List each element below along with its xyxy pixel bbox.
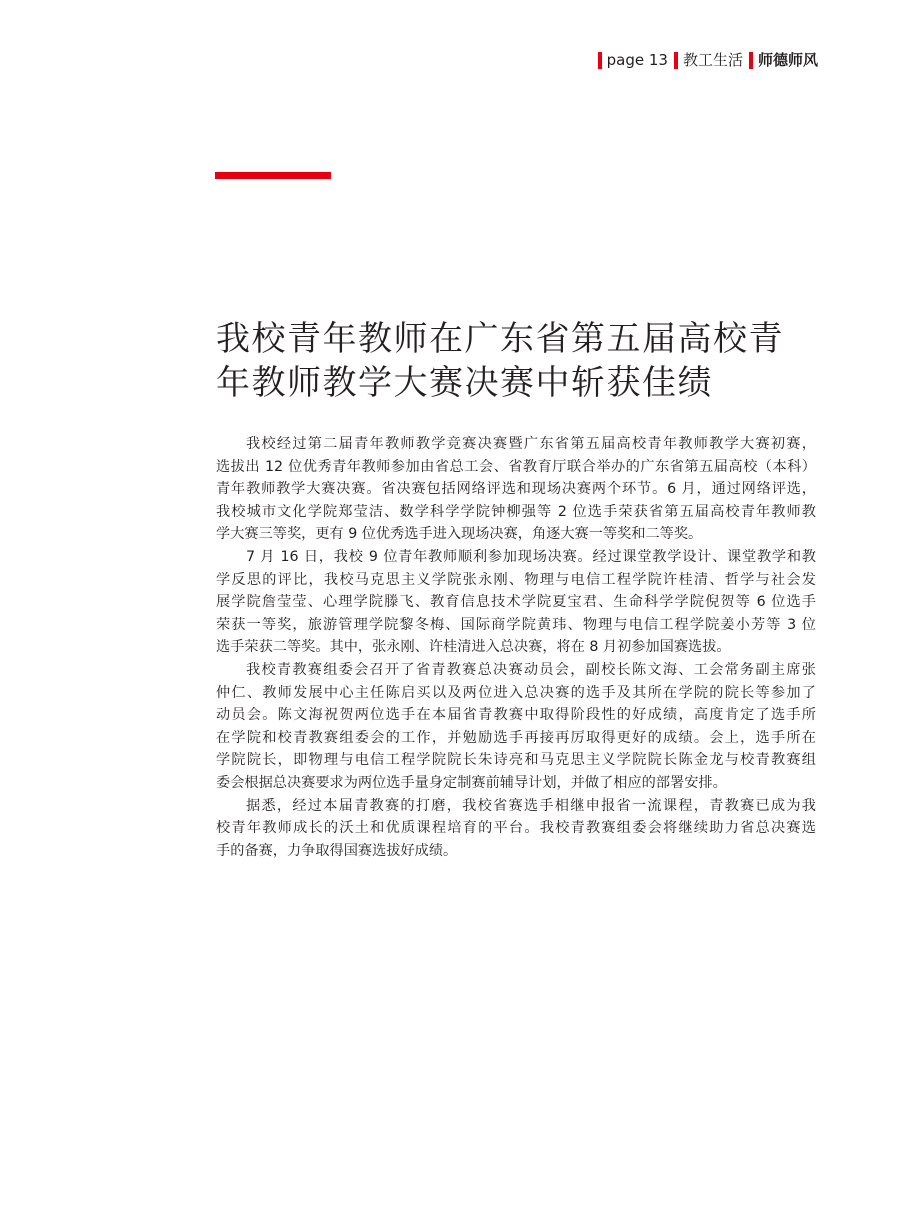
text-line: 学大赛三等奖，更有 9 位优秀选手进入现场决赛，角逐大赛一等奖和二等奖。 [216,523,816,546]
title-line: 我校青年教师在广东省第五届高校青 [216,317,826,361]
text-line: 仲仁、教师发展中心主任陈启买以及两位进入总决赛的选手及其所在学院的院长等参加了 [216,682,816,705]
text-line: 校青年教师成长的沃土和优质课程培育的平台。我校青教赛组委会将继续助力省总决赛选 [216,817,816,840]
text-line: 学院院长，即物理与电信工程学院院长朱诗亮和马克思主义学院院长陈金龙与校青教赛组 [216,749,816,772]
text-line: 选手荣获二等奖。其中，张永刚、许桂清进入总决赛，将在 8 月初参加国赛选拔。 [216,636,816,659]
title-line: 年教师教学大赛决赛中斩获佳绩 [216,361,826,405]
text-line: 在学院和校青教赛组委会的工作，并勉励选手再接再厉取得更好的成绩。会上，选手所在 [216,727,816,750]
running-header: page 13 教工生活 师德师风 [592,49,818,71]
header-accent-bar [674,52,678,69]
text-line: 选拔出 12 位优秀青年教师参加由省总工会、省教育厅联合举办的广东省第五届高校（… [216,456,816,479]
text-line: 手的备赛，力争取得国赛选拔好成绩。 [216,840,816,863]
paragraph: 7 月 16 日，我校 9 位青年教师顺利参加现场决赛。经过课堂教学设计、课堂教… [216,546,816,659]
text-line: 我校城市文化学院郑莹洁、数学科学学院钟柳强等 2 位选手荣获省第五届高校青年教师… [216,501,816,524]
header-accent-bar [749,52,753,69]
text-line: 我校青教赛组委会召开了省青教赛总决赛动员会，副校长陈文海、工会常务副主席张 [216,659,816,682]
text-line: 荣获一等奖，旅游管理学院黎冬梅、国际商学院黄玮、物理与电信工程学院姜小芳等 3 … [216,614,816,637]
text-line: 据悉，经过本届青教赛的打磨，我校省赛选手相继申报省一流课程，青教赛已成为我 [216,795,816,818]
text-line: 我校经过第二届青年教师教学竞赛决赛暨广东省第五届高校青年教师教学大赛初赛， [216,433,816,456]
text-line: 青年教师教学大赛决赛。省决赛包括网络评选和现场决赛两个环节。6 月，通过网络评选… [216,478,816,501]
accent-rule [215,172,331,179]
text-line: 委会根据总决赛要求为两位选手量身定制赛前辅导计划，并做了相应的部署安排。 [216,772,816,795]
column-name: 师德师风 [758,49,818,71]
page-number: page 13 [607,49,668,71]
text-line: 学反思的评比，我校马克思主义学院张永刚、物理与电信工程学院许桂清、哲学与社会发 [216,569,816,592]
article-body: 我校经过第二届青年教师教学竞赛决赛暨广东省第五届高校青年教师教学大赛初赛， 选拔… [216,433,816,862]
paragraph: 据悉，经过本届青教赛的打磨，我校省赛选手相继申报省一流课程，青教赛已成为我 校青… [216,795,816,863]
paragraph: 我校青教赛组委会召开了省青教赛总决赛动员会，副校长陈文海、工会常务副主席张 仲仁… [216,659,816,795]
paragraph: 我校经过第二届青年教师教学竞赛决赛暨广东省第五届高校青年教师教学大赛初赛， 选拔… [216,433,816,546]
text-line: 动员会。陈文海祝贺两位选手在本届省青教赛中取得阶段性的好成绩，高度肯定了选手所 [216,704,816,727]
text-line: 展学院詹莹莹、心理学院滕飞、教育信息技术学院夏宝君、生命科学学院倪贺等 6 位选… [216,591,816,614]
text-line: 7 月 16 日，我校 9 位青年教师顺利参加现场决赛。经过课堂教学设计、课堂教… [216,546,816,569]
section-name: 教工生活 [683,49,743,71]
article-title: 我校青年教师在广东省第五届高校青 年教师教学大赛决赛中斩获佳绩 [216,317,826,405]
header-accent-bar [598,52,602,69]
